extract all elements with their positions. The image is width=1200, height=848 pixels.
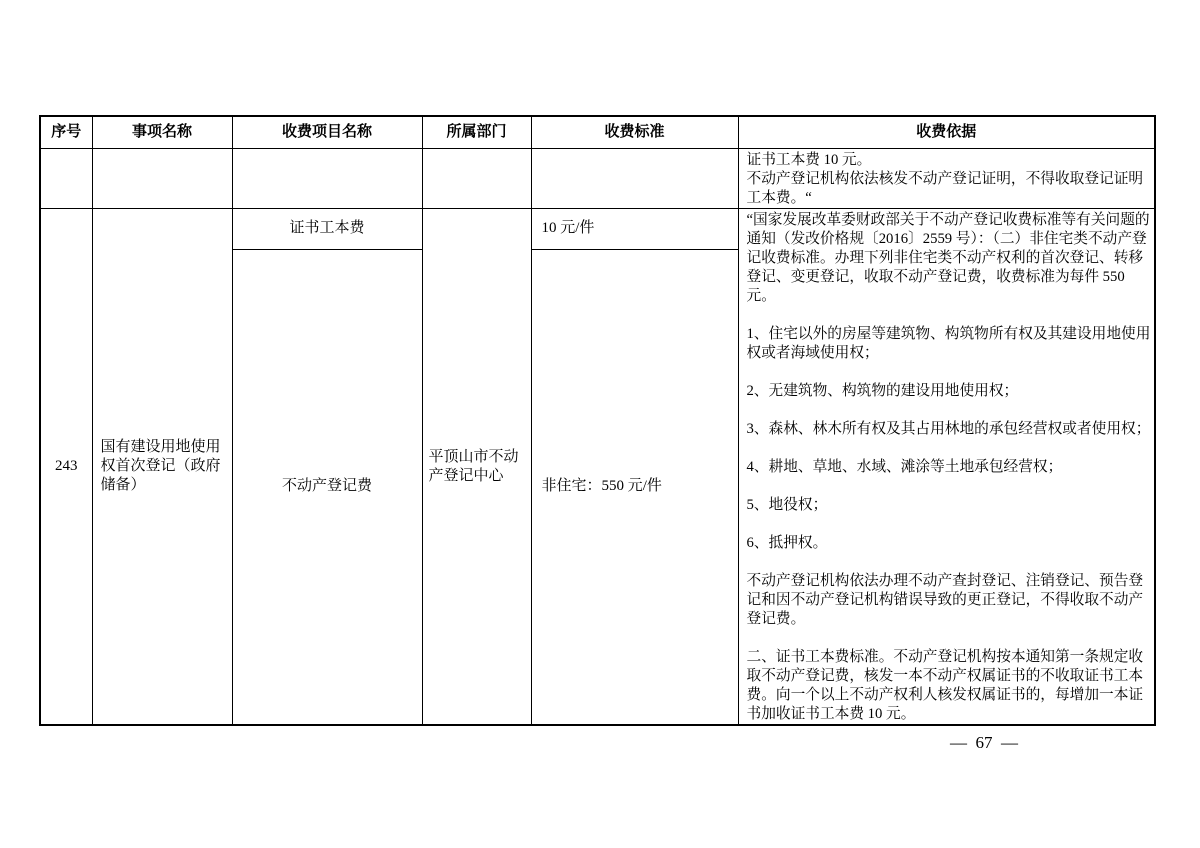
col-header-fee-basis: 收费依据 xyxy=(738,116,1155,149)
basis-paragraph: 5、地役权； xyxy=(747,496,1153,515)
basis-paragraph: 二、证书工本费标准。不动产登记机构按本通知第一条规定收取不动产登记费，核发一本不… xyxy=(747,648,1153,724)
basis-paragraph: 不动产登记机构依法办理不动产查封登记、注销登记、预告登记和因不动产登记机构错误导… xyxy=(747,572,1153,629)
basis-paragraph: 证书工本费 10 元。 xyxy=(747,151,1153,170)
col-header-department: 所属部门 xyxy=(422,116,531,149)
continuation-basis-cell: 证书工本费 10 元。 不动产登记机构依法核发不动产登记证明，不得收取登记证明工… xyxy=(738,149,1155,209)
basis-paragraph: 2、无建筑物、构筑物的建设用地使用权； xyxy=(747,382,1153,401)
fee-item-cell: 不动产登记费 xyxy=(232,249,422,725)
col-header-fee-standard: 收费标准 xyxy=(531,116,738,149)
fee-basis-cell: “国家发展改革委财政部关于不动产登记收费标准等有关问题的通知（发改价格规〔201… xyxy=(738,209,1155,726)
fee-standard-cell: 10 元/件 xyxy=(531,209,738,250)
empty-cell-standard xyxy=(531,149,738,209)
basis-paragraph: 3、森林、林木所有权及其占用林地的承包经营权或者使用权； xyxy=(747,420,1153,439)
item-name-cell: 国有建设用地使用权首次登记（政府储备） xyxy=(92,209,232,726)
seq-cell: 243 xyxy=(40,209,92,726)
col-header-seq: 序号 xyxy=(40,116,92,149)
fee-item-cell: 证书工本费 xyxy=(232,209,422,250)
fee-standard-cell: 非住宅：550 元/件 xyxy=(531,249,738,725)
empty-cell-seq xyxy=(40,149,92,209)
basis-paragraph: 4、耕地、草地、水域、滩涂等土地承包经营权； xyxy=(747,458,1153,477)
basis-paragraph: 不动产登记机构依法核发不动产登记证明，不得收取登记证明工本费。“ xyxy=(747,170,1153,208)
col-header-fee-item-name: 收费项目名称 xyxy=(232,116,422,149)
empty-cell-department xyxy=(422,149,531,209)
basis-paragraph: 1、住宅以外的房屋等建筑物、构筑物所有权及其建设用地使用权或者海域使用权； xyxy=(747,325,1153,363)
empty-cell-item xyxy=(92,149,232,209)
basis-paragraph: “国家发展改革委财政部关于不动产登记收费标准等有关问题的通知（发改价格规〔201… xyxy=(747,211,1153,306)
basis-paragraph: 6、抵押权。 xyxy=(747,534,1153,553)
col-header-item-name: 事项名称 xyxy=(92,116,232,149)
page-number: — 67 — xyxy=(904,733,1064,753)
fee-schedule-table: 序号 事项名称 收费项目名称 所属部门 收费标准 收费依据 证书工本费 10 元… xyxy=(39,115,1156,726)
empty-cell-fee-item xyxy=(232,149,422,209)
document-page: 序号 事项名称 收费项目名称 所属部门 收费标准 收费依据 证书工本费 10 元… xyxy=(0,0,1200,848)
table-row-243-sub-a: 243 国有建设用地使用权首次登记（政府储备） 证书工本费 平顶山市不动产登记中… xyxy=(40,209,1155,250)
continuation-row: 证书工本费 10 元。 不动产登记机构依法核发不动产登记证明，不得收取登记证明工… xyxy=(40,149,1155,209)
table-header-row: 序号 事项名称 收费项目名称 所属部门 收费标准 收费依据 xyxy=(40,116,1155,149)
department-cell: 平顶山市不动产登记中心 xyxy=(422,209,531,726)
